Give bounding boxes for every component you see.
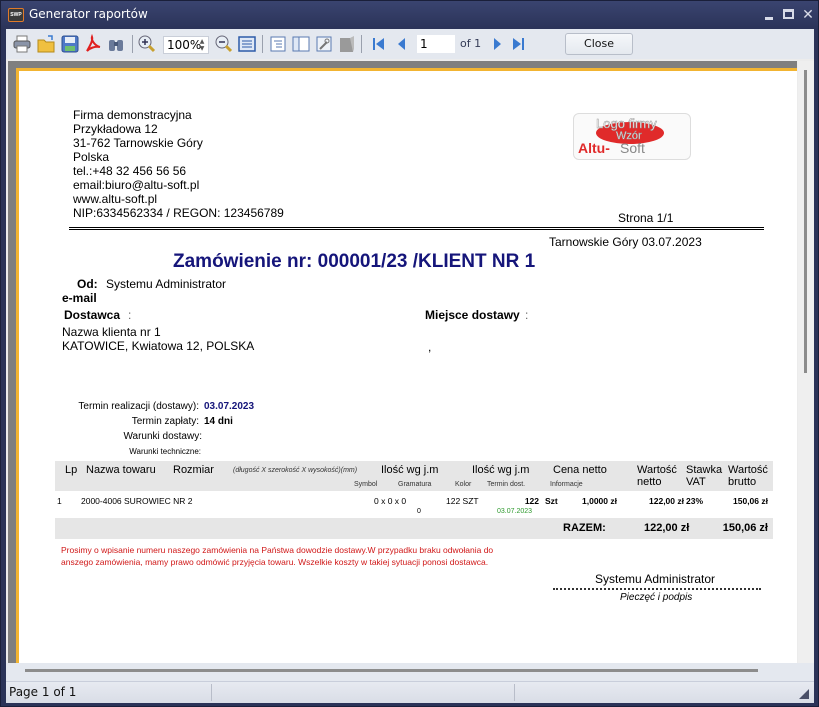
order-note-line-1: Prosimy o wpisanie numeru naszego zamówi… (61, 544, 493, 556)
toolbar-separator (361, 35, 362, 53)
page-indicator: Strona 1/1 (618, 211, 673, 225)
signature-caption: Pieczęć i podpis (620, 592, 692, 603)
delivery-place-colon: : (525, 308, 528, 322)
find-button[interactable] (106, 34, 126, 54)
delivery-place-value: , (428, 340, 431, 354)
save-icon (60, 34, 80, 54)
export-pdf-button[interactable] (83, 34, 103, 54)
payment-term-value: 14 dni (204, 416, 233, 427)
row-dimensions: 0 x 0 x 0 (374, 496, 406, 506)
resize-grip-icon[interactable] (799, 689, 809, 699)
next-page-icon (487, 34, 507, 54)
document-map-icon (268, 34, 288, 54)
row-gross-value: 150,06 zł (733, 496, 768, 506)
zoom-in-icon (137, 34, 157, 54)
company-info-line: Firma demonstracyjna (73, 108, 192, 122)
edit-icon (314, 34, 334, 54)
last-page-icon (508, 34, 528, 54)
next-page-button[interactable] (487, 34, 507, 54)
minimize-button[interactable] (760, 5, 778, 23)
col-vat-2: VAT (686, 476, 706, 488)
zoom-in-button[interactable] (137, 34, 157, 54)
company-info-line: tel.:+48 32 456 56 56 (73, 164, 186, 178)
maximize-button[interactable] (779, 5, 797, 23)
save-button[interactable] (60, 34, 80, 54)
col-qty-1: Ilość wg j.m (381, 464, 438, 476)
realization-date-label: Termin realizacji (dostawy): (78, 401, 199, 412)
col-symbol: Symbol (354, 481, 377, 488)
last-page-button[interactable] (508, 34, 528, 54)
email-label: e-mail (62, 291, 97, 305)
vertical-scroll-thumb[interactable] (804, 70, 807, 373)
row-net-value: 122,00 zł (649, 496, 684, 506)
logo-text: Logo firmy (596, 116, 657, 131)
signature-line (553, 588, 761, 590)
order-note-line-2: anszego zamówienia, mamy prawo odmówić p… (61, 556, 488, 568)
window-title: Generator raportów (29, 7, 148, 21)
total-label: RAZEM: (563, 522, 606, 534)
row-lp: 1 (57, 496, 62, 506)
technical-terms-label: Warunki techniczne: (129, 447, 201, 456)
edit-button[interactable] (314, 34, 334, 54)
status-divider (514, 684, 515, 701)
page-count-label: of 1 (460, 37, 481, 50)
logo-brand: Soft (620, 140, 645, 156)
document-map-button[interactable] (268, 34, 288, 54)
zoom-level-field[interactable]: 100% ▲▼ (163, 36, 209, 54)
col-gross-value-2: brutto (728, 476, 756, 488)
row-price: 1,0000 zł (582, 496, 617, 506)
col-info: Informacje (550, 481, 583, 488)
row-vat: 23% (686, 496, 703, 506)
toolbar-separator (132, 35, 133, 53)
total-gross: 150,06 zł (723, 522, 768, 534)
print-button[interactable] (12, 34, 32, 54)
col-size: Rozmiar (173, 464, 214, 476)
maximize-icon (783, 9, 794, 19)
print-icon (12, 34, 32, 54)
payment-term-label: Termin zapłaty: (132, 416, 199, 427)
toolbar: 100% ▲▼ of 1 (6, 29, 814, 59)
col-price: Cena netto (553, 464, 607, 476)
previous-page-button[interactable] (392, 34, 412, 54)
col-color: Kolor (455, 481, 471, 488)
col-qty-2: Ilość wg j.m (472, 464, 529, 476)
open-folder-icon (36, 34, 56, 54)
horizontal-scroll-thumb[interactable] (25, 669, 758, 672)
col-name: Nazwa towaru (86, 464, 156, 476)
company-info-line: Przykładowa 12 (73, 122, 158, 136)
col-gross-value: Wartość (728, 464, 768, 476)
company-info-line: 31-762 Tarnowskie Góry (73, 136, 203, 150)
col-net-value: Wartość (637, 464, 677, 476)
row-unit: Szt (545, 496, 558, 506)
watermark-icon (337, 34, 357, 54)
row-qty-1: 122 SZT (446, 496, 479, 506)
col-vat: Stawka (686, 464, 722, 476)
order-title: Zamówienie nr: 000001/23 /KLIENT NR 1 (173, 251, 535, 273)
close-button[interactable]: Close (565, 33, 633, 55)
delivery-place-label: Miejsce dostawy (425, 308, 520, 322)
company-info-line: www.altu-soft.pl (73, 192, 157, 206)
from-value: Systemu Administrator (106, 277, 226, 291)
total-net: 122,00 zł (644, 522, 689, 534)
find-icon (106, 34, 126, 54)
report-generator-window: SWP Generator raportów ✕ 100% ▲▼ (0, 0, 819, 707)
supplier-colon: : (128, 308, 131, 322)
col-delivery-date: Termin dost. (487, 481, 525, 488)
from-label: Od: (77, 277, 98, 291)
first-page-icon (369, 34, 389, 54)
toolbar-separator (262, 35, 263, 53)
col-net-value-2: netto (637, 476, 661, 488)
company-info-line: Polska (73, 150, 109, 164)
col-dimensions: (długość X szerokość X wysokość)(mm) (233, 467, 357, 474)
close-window-button[interactable]: ✕ (799, 5, 817, 23)
status-divider (211, 684, 212, 701)
logo-brand: Altu- (578, 140, 610, 156)
app-icon: SWP (8, 8, 24, 22)
parameters-button[interactable] (291, 34, 311, 54)
horizontal-scrollbar[interactable] (6, 663, 814, 681)
col-lp: Lp (65, 464, 77, 476)
vertical-scrollbar[interactable] (798, 61, 814, 663)
open-button[interactable] (36, 34, 56, 54)
page-width-icon (237, 34, 257, 54)
zoom-spinner[interactable]: ▲▼ (197, 38, 207, 52)
header-divider (69, 227, 764, 230)
place-date: Tarnowskie Góry 03.07.2023 (549, 235, 702, 249)
row-name: 2000-4006 SUROWIEC NR 2 (81, 496, 193, 506)
parameters-icon (291, 34, 311, 54)
signature-name: Systemu Administrator (595, 572, 715, 586)
row-delivery-date: 03.07.2023 (497, 508, 532, 515)
row-grammage: 0 (417, 508, 421, 515)
title-bar[interactable]: SWP Generator raportów ✕ (1, 1, 818, 29)
supplier-address: KATOWICE, Kwiatowa 12, POLSKA (62, 339, 254, 353)
pdf-export-icon (83, 34, 103, 54)
page-width-button[interactable] (237, 34, 257, 54)
company-info-line: email:biuro@altu-soft.pl (73, 178, 199, 192)
watermark-button[interactable] (337, 34, 357, 54)
realization-date-value: 03.07.2023 (204, 401, 254, 412)
delivery-terms-label: Warunki dostawy: (123, 431, 202, 442)
status-page-info: Page 1 of 1 (6, 682, 211, 703)
col-grammage: Gramatura (398, 481, 431, 488)
close-icon: ✕ (802, 6, 814, 22)
minimize-icon (765, 17, 773, 20)
zoom-out-button[interactable] (214, 34, 234, 54)
supplier-label: Dostawca (64, 308, 120, 322)
row-qty-2: 122 (525, 496, 539, 506)
previous-page-icon (392, 34, 412, 54)
company-info-line: NIP:6334562334 / REGON: 123456789 (73, 206, 284, 220)
status-bar: Page 1 of 1 (6, 681, 814, 703)
first-page-button[interactable] (369, 34, 389, 54)
zoom-out-icon (214, 34, 234, 54)
supplier-name: Nazwa klienta nr 1 (62, 325, 161, 339)
company-logo: Logo firmy Wzór Altu- Soft (573, 113, 691, 160)
page-number-input[interactable] (417, 35, 455, 53)
